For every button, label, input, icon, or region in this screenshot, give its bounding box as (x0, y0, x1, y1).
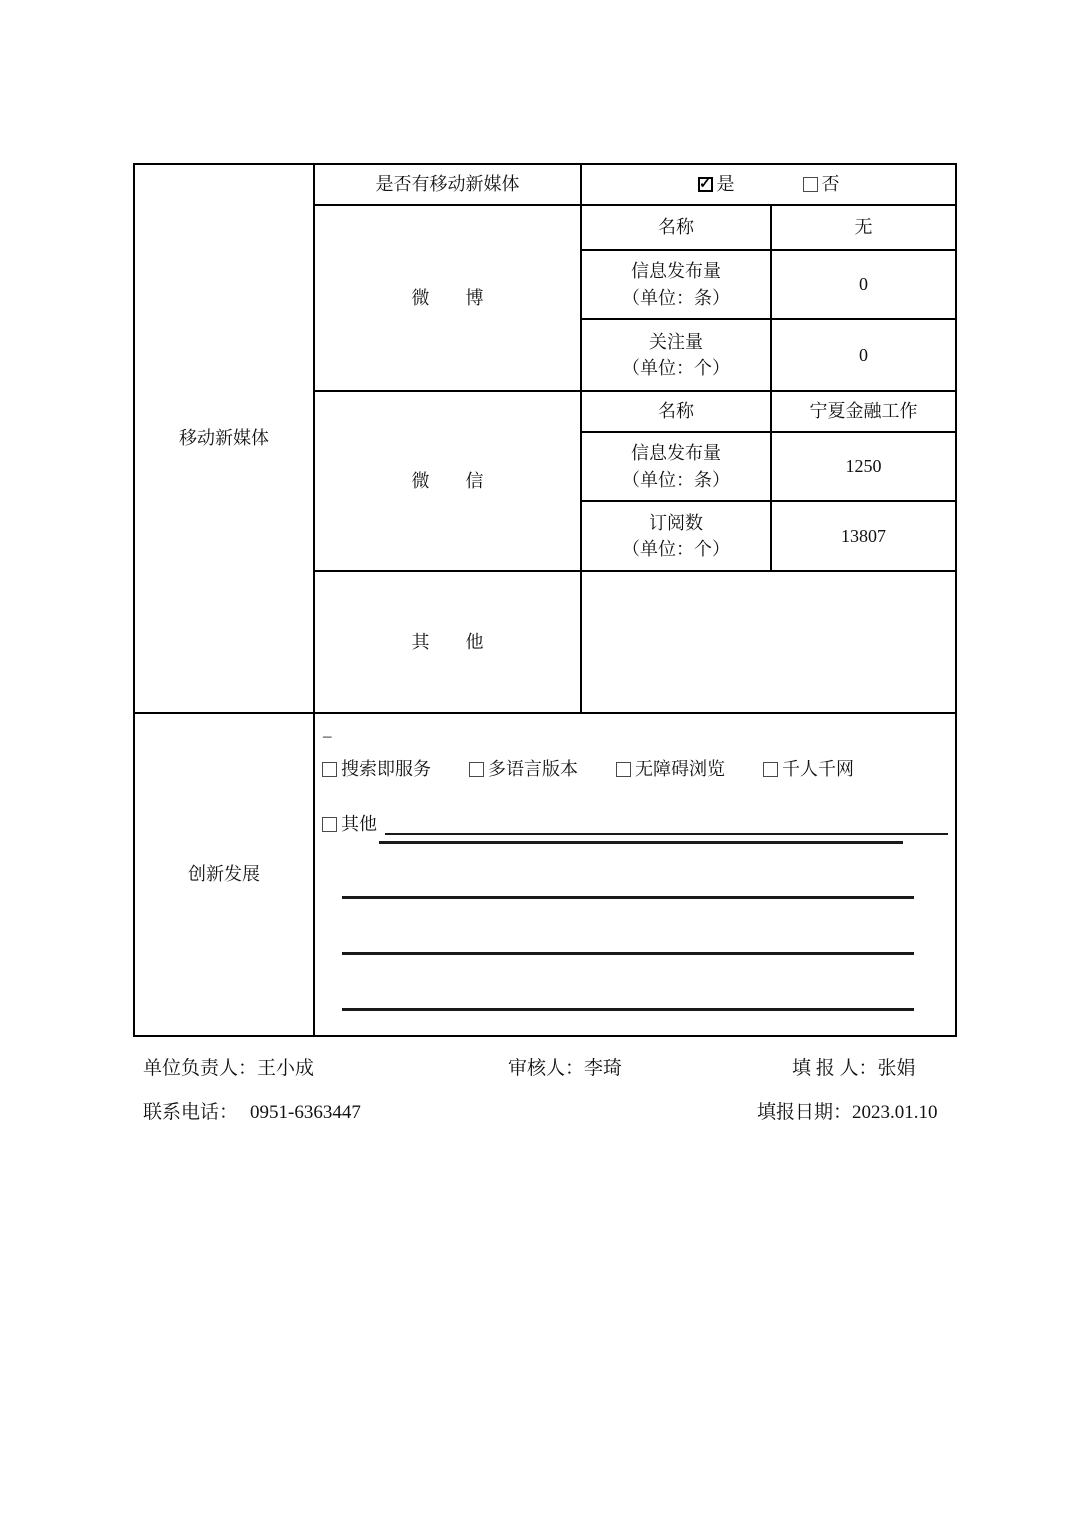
option-search-service: 搜索即服务 (322, 756, 431, 782)
option-personalization: 千人千网 (763, 756, 854, 782)
unit-head-label: 单位负责人： (143, 1058, 257, 1079)
wechat-posts-field-line2: （单位：条） (582, 467, 770, 493)
filler-name: 张娟 (878, 1058, 916, 1079)
wechat-posts-field: 信息发布量 （单位：条） (581, 432, 771, 501)
no-label: 否 (822, 171, 840, 197)
accessibility-label: 无障碍浏览 (635, 756, 725, 782)
other-fill-line[interactable] (385, 833, 948, 835)
weibo-label: 微 博 (314, 205, 581, 391)
weibo-name-field: 名称 (581, 205, 771, 250)
question-has-mobile-media: 是否有移动新媒体 (314, 164, 581, 205)
other-media-value (581, 571, 956, 713)
search-service-label: 搜索即服务 (341, 756, 431, 782)
innovation-other-row: 其他 (322, 811, 377, 837)
innovation-other-checkbox[interactable] (322, 817, 337, 832)
wechat-subs-value: 13807 (771, 501, 956, 571)
option-multilingual: 多语言版本 (469, 756, 578, 782)
reviewer-label: 审核人： (508, 1058, 584, 1079)
fill-line-4[interactable] (342, 1008, 914, 1011)
filler: 填 报 人：张娟 (792, 1053, 916, 1080)
fill-line-2[interactable] (342, 896, 914, 899)
yes-checkbox[interactable]: ✓ (698, 177, 713, 192)
option-accessibility: 无障碍浏览 (616, 756, 725, 782)
media-report-table: 移动新媒体 是否有移动新媒体 ✓ 是 否 微 博 名称 无 (133, 163, 957, 1037)
weibo-followers-field-line1: 关注量 (582, 329, 770, 355)
reviewer: 审核人：李琦 (508, 1053, 622, 1080)
wechat-subs-field-line1: 订阅数 (582, 510, 770, 536)
personalization-checkbox[interactable] (763, 762, 778, 777)
no-checkbox[interactable] (803, 177, 818, 192)
wechat-subs-field: 订阅数 （单位：个） (581, 501, 771, 571)
unit-head-name: 王小成 (257, 1058, 314, 1079)
search-service-checkbox[interactable] (322, 762, 337, 777)
weibo-followers-field-line2: （单位：个） (582, 355, 770, 381)
wechat-subs-field-line2: （单位：个） (582, 536, 770, 562)
check-icon: ✓ (699, 178, 711, 192)
date-label: 填报日期： (757, 1102, 852, 1123)
weibo-followers-value: 0 (771, 319, 956, 391)
dash-mark: – (323, 724, 332, 749)
other-media-label: 其 他 (314, 571, 581, 713)
weibo-posts-field-line2: （单位：条） (582, 285, 770, 311)
section-label-innovation: 创新发展 (134, 713, 314, 1036)
fill-line-3[interactable] (342, 952, 914, 955)
innovation-other-label: 其他 (341, 811, 377, 837)
weibo-posts-field-line1: 信息发布量 (582, 258, 770, 284)
weibo-name-value: 无 (771, 205, 956, 250)
wechat-posts-value: 1250 (771, 432, 956, 501)
accessibility-checkbox[interactable] (616, 762, 631, 777)
yes-label: 是 (717, 171, 735, 197)
date-value: 2023.01.10 (852, 1102, 938, 1123)
personalization-label: 千人千网 (782, 756, 854, 782)
multilingual-label: 多语言版本 (488, 756, 578, 782)
has-mobile-media-answer-cell: ✓ 是 否 (581, 164, 956, 205)
reviewer-name: 李琦 (584, 1058, 622, 1079)
multilingual-checkbox[interactable] (469, 762, 484, 777)
innovation-content-cell: – 搜索即服务 多语言版本 无障碍浏览 (314, 713, 956, 1036)
weibo-followers-field: 关注量 （单位：个） (581, 319, 771, 391)
weibo-posts-field: 信息发布量 （单位：条） (581, 250, 771, 319)
fill-line-1[interactable] (379, 841, 903, 844)
unit-head: 单位负责人：王小成 (143, 1053, 314, 1080)
wechat-name-value: 宁夏金融工作 (771, 391, 956, 432)
wechat-name-field: 名称 (581, 391, 771, 432)
filler-label: 填 报 人： (792, 1058, 878, 1079)
wechat-label: 微 信 (314, 391, 581, 571)
contact-phone: 联系电话：0951-6363447 (143, 1097, 361, 1124)
section-label-mobile-media: 移动新媒体 (134, 164, 314, 713)
innovation-options-row: 搜索即服务 多语言版本 无障碍浏览 千人千网 (322, 756, 854, 782)
phone-number: 0951-6363447 (250, 1102, 361, 1123)
phone-label: 联系电话： (143, 1102, 238, 1123)
form-page: 移动新媒体 是否有移动新媒体 ✓ 是 否 微 博 名称 无 (0, 0, 1074, 1520)
wechat-posts-field-line1: 信息发布量 (582, 440, 770, 466)
report-date: 填报日期：2023.01.10 (757, 1097, 938, 1124)
weibo-posts-value: 0 (771, 250, 956, 319)
